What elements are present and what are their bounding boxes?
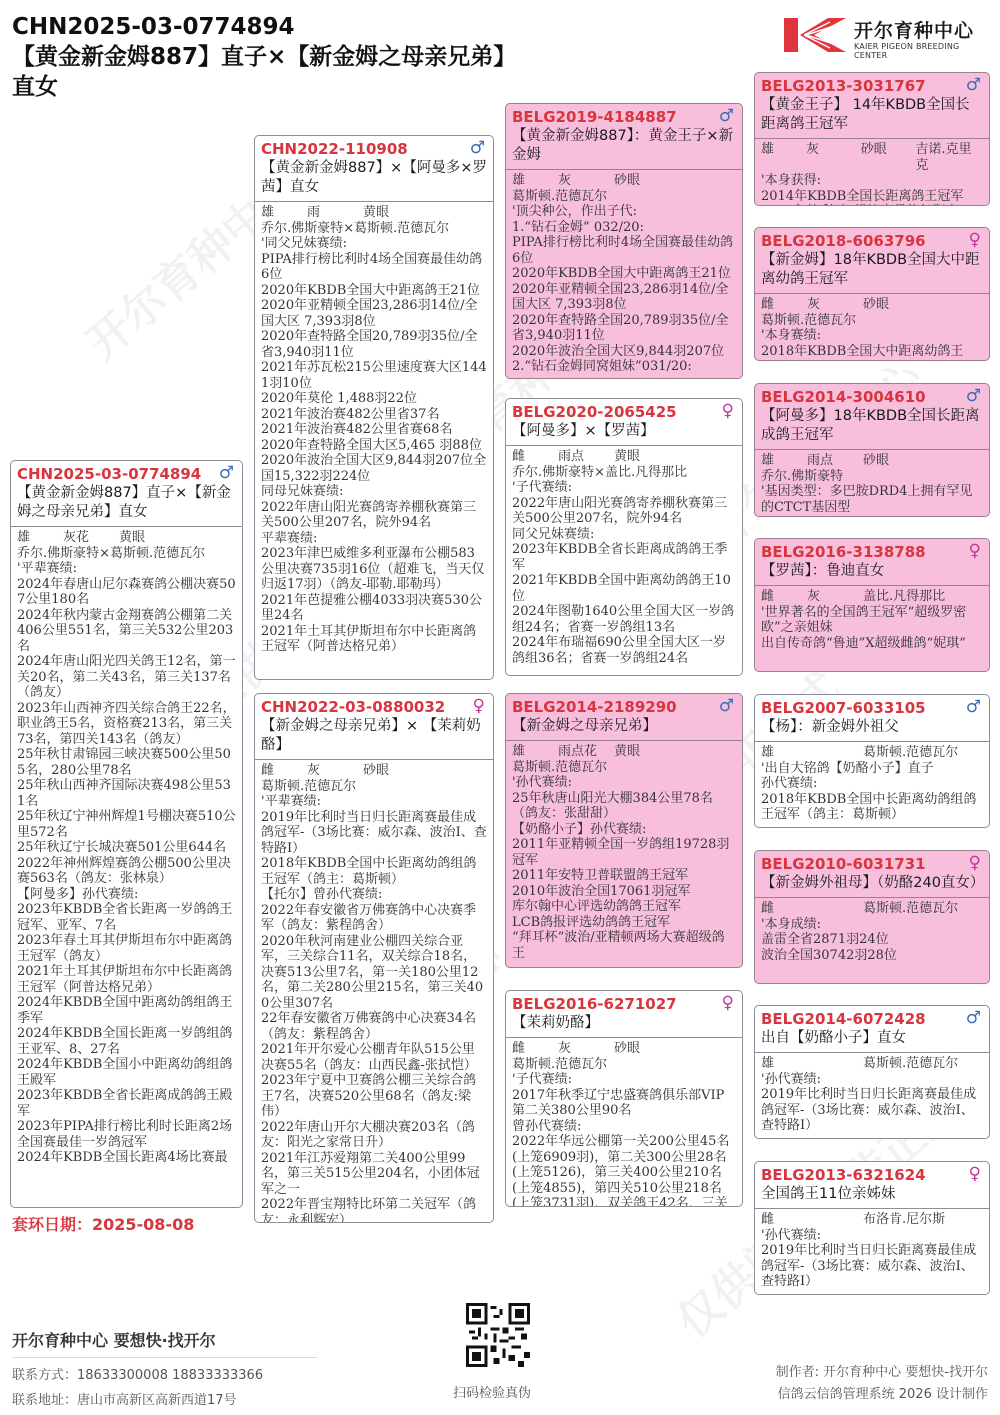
ring-number: BELG2007-6033105: [761, 698, 983, 718]
male-icon: ♂: [470, 138, 485, 158]
pigeon-name: 【杨】：新金姆外祖父: [761, 718, 983, 737]
ring-number: BELG2019-4184887: [512, 107, 736, 127]
record-line: 2024年唐山阳光四关鸽王12名，第一关20名，第二关43名，第三关137名（鸽…: [17, 654, 236, 701]
kaier-logo-icon: [784, 16, 846, 54]
sex-label: 雄: [512, 744, 558, 760]
color-label: 灰: [307, 763, 363, 779]
ring-number: BELG2014-6072428: [761, 1009, 983, 1029]
attributes: 雄 葛斯顿.范德瓦尔: [761, 1056, 983, 1072]
sex-label: 雌: [761, 589, 807, 605]
system-line: 信鸽云信鸽管理系统 2026 设计制作: [776, 1384, 988, 1406]
page-title: CHN2025-03-0774894 【黄金新金姆887】直子×【新金姆之母亲兄…: [12, 12, 512, 102]
color-label: 雨点: [807, 453, 863, 469]
card-header: BELG2020-2065425 ♀ 【阿曼多】×【罗茜】: [506, 399, 742, 446]
card-header: BELG2016-3138788 ♀ 【罗茜】：鲁迪直女: [755, 539, 989, 586]
record-line: 2022年晋宝翔特比环第二关冠军（鸽友：永利辉宏）: [261, 1197, 487, 1223]
record-line: '平辈赛绩:: [17, 561, 236, 577]
sex-label: 雌: [761, 901, 807, 917]
record-line: 2021年开尔爱心公棚青年队515公里决赛55名（鸽友：山西民鑫-张拭恺）: [261, 1042, 487, 1073]
ring-number: BELG2013-6321624: [761, 1165, 983, 1185]
eye-label: 砂眼: [614, 1041, 640, 1057]
pigeon-name: 【黄金新金姆887】直子×【新金姆之母亲兄弟】直女: [17, 484, 236, 522]
card-body: 雄 雨点 砂眼 乔尔.佛斯豪特'基因类型：多巴胺DRD4上拥有罕见的CTCT基因…: [755, 450, 989, 517]
logo-text-en: KAIER PIGEON BREEDING CENTER: [854, 42, 984, 60]
male-icon: ♂: [966, 697, 981, 717]
record-line: 葛斯顿.范德瓦尔: [512, 1057, 736, 1073]
record-line: 2021年江苏爱翔第二关400公里99名，第三关515公里204名，小团体冠军之…: [261, 1151, 487, 1198]
eye-label: 砂眼: [363, 763, 389, 779]
record-line: PIPA排行榜比利时4场全国赛最佳幼鸽6位: [512, 235, 736, 266]
color-label: 灰花: [63, 530, 119, 546]
record-line: 25年秋甘肃锦园三峡决赛500公里505名，280公里78名: [17, 747, 236, 778]
eye-label: 砂眼: [863, 453, 889, 469]
record-line: '出自大铭鸽【奶酪小子】直子: [761, 761, 983, 777]
record-line: 2018年KBDB全国中长距离幼鸽组鸽王冠军（鸽主：葛斯顿）: [261, 856, 487, 887]
color-label: [807, 1056, 863, 1072]
record-line: 波治全国30742羽28位: [761, 948, 983, 964]
pigeon-name: 出自【奶酪小子】直女: [761, 1029, 983, 1048]
pedigree-card-dam[interactable]: CHN2022-03-0880032 ♀ 【新金姆之母亲兄弟】× 【茉莉奶酪】 …: [254, 693, 494, 1223]
pigeon-name: 【新金姆之母亲兄弟】× 【茉莉奶酪】: [261, 717, 487, 755]
female-icon: ♀: [969, 1164, 981, 1184]
ring-number: CHN2022-03-0880032: [261, 697, 487, 717]
pedigree-card-sss[interactable]: BELG2013-3031767 ♂ 【黄金王子】 14年KBDB全国长距离鸽王…: [754, 72, 990, 206]
card-header: BELG2016-6271027 ♀ 【茉莉奶酪】: [506, 991, 742, 1038]
male-icon: ♂: [719, 106, 734, 126]
sex-label: 雄: [17, 530, 63, 546]
breeder-label: 布洛肯.尼尔斯: [863, 1212, 945, 1228]
record-line: 2021年土耳其伊斯坦布尔中长距离鸽王冠军（阿普达格兄弟）: [261, 624, 487, 655]
record-line: 2014年比利时3场比赛最佳长距离: [761, 204, 983, 206]
breeder-label: 葛斯顿.范德瓦尔: [863, 1056, 958, 1072]
record-line: 2017年秋季辽宁忠盛赛鸽俱乐部VIP第二关380公里90名: [512, 1088, 736, 1119]
card-body: 雄 葛斯顿.范德瓦尔 '孙代赛绩:2019年比利时当日归长距离赛最佳成鸽冠军-（…: [755, 1053, 989, 1137]
record-line: 平辈赛绩:: [261, 531, 487, 547]
pedigree-card-dds[interactable]: BELG2014-6072428 ♂ 出自【奶酪小子】直女 雄 葛斯顿.范德瓦尔…: [754, 1005, 990, 1139]
sex-label: 雄: [761, 142, 806, 173]
pigeon-name: 【黄金王子】 14年KBDB全国长距离鸽王冠军: [761, 96, 983, 134]
pedigree-card-subject[interactable]: CHN2025-03-0774894 ♂ 【黄金新金姆887】直子×【新金姆之母…: [10, 460, 243, 1208]
female-icon: ♀: [969, 541, 981, 561]
record-line: '子代赛绩:: [512, 1072, 736, 1088]
record-line: 2023年春土耳其伊斯坦布尔中距离鸽王冠军（鸽友）: [17, 933, 236, 964]
color-label: 雨: [307, 205, 363, 221]
record-line: 2019年比利时当日归长距离赛最佳成鸽冠军-（3场比赛：威尔森、波治I、查特路I…: [761, 1243, 983, 1290]
record-line: 葛斯顿.范德瓦尔: [261, 779, 487, 795]
record-line: 2023年KBDB全省长距离一岁鸽鸽王冠军、亚军、7名: [17, 902, 236, 933]
pigeon-name: 【茉莉奶酪】: [512, 1014, 736, 1033]
card-header: BELG2014-3004610 ♂ 【阿曼多】18年KBDB全国长距离成鸽王冠…: [755, 384, 989, 450]
male-icon: ♂: [719, 696, 734, 716]
female-icon: ♀: [969, 230, 981, 250]
record-line: 2022年华远公棚第一关200公里45名(上笼6909羽)，第二关300公里28…: [512, 1134, 736, 1207]
color-label: [807, 745, 863, 761]
attributes: 雄 雨 黄眼: [261, 205, 487, 221]
record-line: '世界著名的全国鸽王冠军“超级罗密欧”之亲姐妹: [761, 605, 983, 636]
record-line: 2020年KBDB全国大中距离鸽王21位: [261, 283, 487, 299]
record-line: 2023年宁夏中卫赛鸽公棚三关综合鸽王7名，决赛520公里68名（鸽友:梁伟）: [261, 1073, 487, 1120]
record-line: 2024年KBDB全国长距离一岁鸽组鸽王亚军、8、27名: [17, 1026, 236, 1057]
sex-label: 雌: [261, 763, 307, 779]
card-header: BELG2014-2189290 ♂ 【新金姆之母亲兄弟】: [506, 694, 742, 741]
pedigree-card-dsd[interactable]: BELG2010-6031731 ♀ 【新金姆外祖母】（奶酪240直女） 雌 葛…: [754, 850, 990, 984]
attributes: 雄 雨点花 黄眼: [512, 744, 736, 760]
ring-number: BELG2014-3004610: [761, 387, 983, 407]
record-line: 盖雷全省2871羽24位: [761, 932, 983, 948]
sex-label: 雄: [761, 1056, 807, 1072]
male-icon: ♂: [966, 1008, 981, 1028]
record-line: 2024年秋内蒙古金翔赛鸽公棚第二关406公里551名，第三关532公里203名: [17, 608, 236, 655]
card-body: 雌 灰 砂眼 葛斯顿.范德瓦尔'平辈赛绩:2019年比利时当日归长距离赛最佳成鸽…: [255, 760, 493, 1223]
color-label: 雨点: [558, 449, 614, 465]
record-line: 2.“钻石金姆同窝姐妹”031/20:: [512, 359, 736, 375]
color-label: 灰: [558, 1041, 614, 1057]
record-line: 2020年波治全国大区9,844羽207位: [512, 344, 736, 360]
card-header: BELG2019-4184887 ♂ 【黄金新金姆887】：黄金王子×新金姆: [506, 104, 742, 170]
record-line: 乔尔.佛斯豪特×葛斯顿.范德瓦尔: [17, 546, 236, 562]
record-line: '孙代赛绩:: [761, 1228, 983, 1244]
record-line: 2019年比利时当日归长距离赛最佳成鸽冠军-（3场比赛：威尔森、波治I、查特路I…: [761, 1087, 983, 1134]
card-header: CHN2022-110908 ♂ 【黄金新金姆887】×【阿曼多×罗茜】直女: [255, 136, 493, 202]
card-body: 雌 灰 砂眼 葛斯顿.范德瓦尔'子代赛绩:2017年秋季辽宁忠盛赛鸽俱乐部VIP…: [506, 1038, 742, 1207]
sex-label: 雄: [761, 745, 807, 761]
card-body: 雄 灰花 黄眼 乔尔.佛斯豪特×葛斯顿.范德瓦尔'平辈赛绩:2024年春唐山尼尔…: [11, 527, 242, 1169]
eye-label: 黄眼: [363, 205, 389, 221]
pedigree-card-ddd[interactable]: BELG2013-6321624 ♀ 全国鸽王11位亲姊妹 雌 布洛肯.尼尔斯 …: [754, 1161, 990, 1295]
record-line: PIPA排行榜比利时4场全国赛最佳幼鸽6位: [261, 252, 487, 283]
record-line: 2024年KBDB全国小中距离幼鸽组鸽王殿军: [17, 1057, 236, 1088]
record-line: 2020年查特路全国20,789羽35位/全省3,940羽11位: [512, 313, 736, 344]
record-line: 【托尔】曾孙代赛绩:: [261, 887, 487, 903]
attributes: 雌 布洛肯.尼尔斯: [761, 1212, 983, 1228]
card-header: BELG2014-6072428 ♂ 出自【奶酪小子】直女: [755, 1006, 989, 1053]
male-icon: ♂: [966, 75, 981, 95]
record-line: '子代赛绩:: [512, 480, 736, 496]
pigeon-name: 【阿曼多】×【罗茜】: [512, 422, 736, 441]
ring-number: BELG2010-6031731: [761, 854, 983, 874]
pigeon-name: 【阿曼多】18年KBDB全国长距离成鸽王冠军: [761, 407, 983, 445]
color-label: [807, 1212, 863, 1228]
record-line: 2021年波治赛482公里省37名: [261, 407, 487, 423]
attributes: 雄 灰花 黄眼: [17, 530, 236, 546]
pigeon-name: 【黄金新金姆887】：黄金王子×新金姆: [512, 127, 736, 165]
sex-label: 雄: [261, 205, 307, 221]
pedigree-card-sire[interactable]: CHN2022-110908 ♂ 【黄金新金姆887】×【阿曼多×罗茜】直女 雄…: [254, 135, 494, 680]
record-line: 2024年春唐山尼尔森赛鸽公棚决赛507公里180名: [17, 577, 236, 608]
pedigree-card-dd[interactable]: BELG2016-6271027 ♀ 【茉莉奶酪】 雌 灰 砂眼 葛斯顿.范德瓦…: [505, 990, 743, 1207]
record-line: 2011年安特卫普联盟鸽王冠军: [512, 868, 736, 884]
footer-brand: 开尔育种中心 要想快·找开尔: [12, 1328, 317, 1358]
record-line: LCB鸽报评选幼鸽鸽王冠军: [512, 915, 736, 931]
record-line: 2023年KBDB全省长距离成鸽鸽王殿军: [17, 1088, 236, 1119]
record-line: 葛斯顿.范德瓦尔: [761, 313, 983, 329]
color-label: [807, 901, 863, 917]
breeder-label: 吉诺.克里克: [915, 142, 983, 173]
record-line: 25年秋唐山阳光大棚384公里78名（鸽友：张甜甜）: [512, 791, 736, 822]
card-header: BELG2013-6321624 ♀ 全国鸽王11位亲姊妹: [755, 1162, 989, 1209]
color-label: 雨点花: [558, 744, 614, 760]
record-line: 2022年神州辉煌赛鸽公棚500公里决赛563名（鸽友：张林泉）: [17, 856, 236, 887]
card-body: 雄 灰 砂眼 葛斯顿.范德瓦尔'顶尖种公，作出子代:1.“钻石金姆” 032/2…: [506, 170, 742, 378]
record-line: 出自传奇鸽“鲁迪”X超级雌鸽“妮琪”: [761, 636, 983, 652]
record-line: '本身获得:: [761, 173, 983, 189]
logo-text-cn: 开尔育种中心: [854, 16, 974, 43]
attributes: 雄 葛斯顿.范德瓦尔: [761, 745, 983, 761]
ring-date: 套环日期：2025-08-08: [12, 1212, 194, 1235]
footer-contact: 开尔育种中心 要想快·找开尔 联系方式：18633300008 18833333…: [12, 1328, 312, 1408]
record-line: 葛斯顿.范德瓦尔: [512, 189, 736, 205]
brand-logo: 开尔育种中心 KAIER PIGEON BREEDING CENTER: [784, 14, 984, 58]
record-line: 2024年图勒1640公里全国大区一岁鸽组24名；省赛一岁鸽组13名: [512, 604, 736, 635]
ring-number: BELG2013-3031767: [761, 76, 983, 96]
record-line: 2020年亚精顿全国23,286羽14位/全国大区 7,393羽8位: [512, 282, 736, 313]
pigeon-name: 【新金姆】18年KBDB全国大中距离幼鸽王冠军: [761, 251, 983, 289]
record-line: 2021年KBDB全国中距离幼鸽鸽王10位: [512, 573, 736, 604]
card-body: 雌 葛斯顿.范德瓦尔 '本身成绩:盖雷全省2871羽24位波治全国30742羽2…: [755, 898, 989, 966]
attributes: 雌 灰 砂眼: [761, 297, 983, 313]
record-line: 2010年波治全国17061羽冠军: [512, 884, 736, 900]
record-line: 2021年波治赛482公里省赛68名: [261, 422, 487, 438]
card-body: 雌 雨点 黄眼 乔尔.佛斯豪特×盖比.凡得那比'子代赛绩:2022年唐山阳光赛鸽…: [506, 446, 742, 669]
color-label: 灰: [807, 589, 863, 605]
female-icon: ♀: [473, 696, 485, 716]
card-body: 雌 布洛肯.尼尔斯 '孙代赛绩:2019年比利时当日归长距离赛最佳成鸽冠军-（3…: [755, 1209, 989, 1293]
sex-label: 雄: [512, 173, 558, 189]
pedigree-card-ssd[interactable]: BELG2018-6063796 ♀ 【新金姆】18年KBDB全国大中距离幼鸽王…: [754, 227, 990, 361]
pigeon-name: 【黄金新金姆887】×【阿曼多×罗茜】直女: [261, 159, 487, 197]
record-line: 2022年唐山阳光赛鸽寄养棚秋赛第三关500公里207名，院外94名: [512, 496, 736, 527]
pigeon-name: 全国鸽王11位亲姊妹: [761, 1185, 983, 1204]
record-line: '孙代赛绩:: [512, 775, 736, 791]
attributes: 雄 雨点 砂眼: [761, 453, 983, 469]
card-body: 雄 雨点花 黄眼 葛斯顿.范德瓦尔'孙代赛绩:25年秋唐山阳光大棚384公里78…: [506, 741, 742, 964]
card-body: 雄 葛斯顿.范德瓦尔 '出自大铭鸽【奶酪小子】直子孙代赛绩:2018年KBDB全…: [755, 742, 989, 826]
pedigree-card-sds[interactable]: BELG2014-3004610 ♂ 【阿曼多】18年KBDB全国长距离成鸽王冠…: [754, 383, 990, 517]
sex-label: 雌: [512, 1041, 558, 1057]
ring-number: BELG2016-3138788: [761, 542, 983, 562]
record-line: '孙代赛绩:: [761, 1072, 983, 1088]
color-label: 灰: [806, 142, 861, 173]
record-line: 2022年春安徽省万佛赛鸽中心决赛季军（鸽友：紫程鸽舍）: [261, 903, 487, 934]
ring-number: BELG2016-6271027: [512, 994, 736, 1014]
record-line: 同父兄妹赛绩:: [512, 527, 736, 543]
eye-label: 黄眼: [614, 744, 640, 760]
sex-label: 雌: [761, 1212, 807, 1228]
card-body: 雌 灰 盖比.凡得那比 '世界著名的全国鸽王冠军“超级罗密欧”之亲姐妹出自传奇鸽…: [755, 586, 989, 654]
record-line: 乔尔.佛斯豪特: [761, 469, 983, 485]
pedigree-card-sd[interactable]: BELG2020-2065425 ♀ 【阿曼多】×【罗茜】 雌 雨点 黄眼 乔尔…: [505, 398, 743, 676]
female-icon: ♀: [722, 401, 734, 421]
attributes: 雌 灰 盖比.凡得那比: [761, 589, 983, 605]
record-line: 2021年苏瓦松215公里速度赛大区1441羽10位: [261, 360, 487, 391]
contact-address: 联系地址：唐山市高新区高新西道17号: [12, 1389, 312, 1408]
record-line: 2020年亚精顿全国23,286羽14位/全国大区 7,393羽8位: [261, 298, 487, 329]
card-body: 雄 雨 黄眼 乔尔.佛斯豪特×葛斯顿.范德瓦尔'同父兄妹赛绩:PIPA排行榜比利…: [255, 202, 493, 658]
record-line: 22年春安徽省万佛赛鸽中心决赛34名（鸽友：紫程鸽舍）: [261, 1011, 487, 1042]
attributes: 雌 雨点 黄眼: [512, 449, 736, 465]
record-line: 2023年PIPA排行榜比利时长距离2场全国赛最佳一岁鸽冠军: [17, 1119, 236, 1150]
attributes: 雄 灰 砂眼: [512, 173, 736, 189]
eye-label: 砂眼: [863, 297, 889, 313]
record-line: 1.“钻石金姆” 032/20:: [512, 220, 736, 236]
eye-label: 砂眼: [861, 142, 916, 173]
contact-phone: 联系方式：18633300008 18833333366: [12, 1364, 312, 1383]
record-line: 库尔翰中心评选幼鸽鸽王冠军: [512, 899, 736, 915]
card-header: CHN2025-03-0774894 ♂ 【黄金新金姆887】直子×【新金姆之母…: [11, 461, 242, 527]
breeder-label: 盖比.凡得那比: [863, 589, 945, 605]
record-line: 2023年山西神齐四关综合鸽王22名，职业鸽王5名，资格赛213名，第三关73名…: [17, 701, 236, 748]
card-header: BELG2007-6033105 ♂ 【杨】：新金姆外祖父: [755, 695, 989, 742]
eye-label: 砂眼: [614, 173, 640, 189]
pedigree-card-ss[interactable]: BELG2019-4184887 ♂ 【黄金新金姆887】：黄金王子×新金姆 雄…: [505, 103, 743, 379]
record-line: 2024年KBDB全国长距离4场比赛最: [17, 1150, 236, 1166]
record-line: '本身赛绩:: [761, 328, 983, 344]
pedigree-card-sdd[interactable]: BELG2016-3138788 ♀ 【罗茜】：鲁迪直女 雌 灰 盖比.凡得那比…: [754, 538, 990, 672]
eye-label: 黄眼: [614, 449, 640, 465]
attributes: 雌 灰 砂眼: [261, 763, 487, 779]
color-label: 灰: [807, 297, 863, 313]
record-line: 乔尔.佛斯豪特×盖比.凡得那比: [512, 465, 736, 481]
title-name: 【黄金新金姆887】直子×【新金姆之母亲兄弟】直女: [12, 42, 512, 102]
card-body: 雄 灰 砂眼 吉诺.克里克 '本身获得:2014年KBDB全国长距离鸽王冠军20…: [755, 139, 989, 206]
pedigree-card-dss[interactable]: BELG2007-6033105 ♂ 【杨】：新金姆外祖父 雄 葛斯顿.范德瓦尔…: [754, 694, 990, 828]
sex-label: 雌: [761, 297, 807, 313]
female-icon: ♀: [722, 993, 734, 1013]
record-line: “拜耳杯”波治/亚精顿两场大赛超级鸽王: [512, 930, 736, 961]
record-line: 2011年亚精顿全国一岁鸽组19728羽冠军: [512, 837, 736, 868]
sex-label: 雌: [512, 449, 558, 465]
record-line: 2020年查特路全国20,789羽35位/全省3,940羽11位: [261, 329, 487, 360]
record-line: 2024年KBDB全国中距离幼鸽组鸽王季军: [17, 995, 236, 1026]
maker-line: 制作者: 开尔育种中心 要想快-找开尔: [776, 1362, 988, 1384]
record-line: 2021年土耳其伊斯坦布尔中长距离鸽王冠军（阿普达格兄弟）: [17, 964, 236, 995]
record-line: 【阿曼多】孙代赛绩:: [17, 887, 236, 903]
record-line: 2024年布瑞福690公里全国大区一岁鸽组36名；省赛一岁鸽组24名: [512, 635, 736, 666]
attributes: 雌 灰 砂眼: [512, 1041, 736, 1057]
record-line: 2018年KBDB全国中长距离幼鸽组鸽王冠军（鸽主：葛斯顿）: [761, 792, 983, 823]
male-icon: ♂: [966, 386, 981, 406]
ring-number: BELG2020-2065425: [512, 402, 736, 422]
record-line: 2020年KBDB全国大中距离鸽王21位: [512, 266, 736, 282]
record-line: '同父兄妹赛绩:: [261, 236, 487, 252]
ring-number: BELG2018-6063796: [761, 231, 983, 251]
record-line: 2020年波治全国大区9,844羽207位全国15,322羽224位: [261, 453, 487, 484]
record-line: 2020年莫伦 1,488羽22位: [261, 391, 487, 407]
card-header: CHN2022-03-0880032 ♀ 【新金姆之母亲兄弟】× 【茉莉奶酪】: [255, 694, 493, 760]
breeder-label: 葛斯顿.范德瓦尔: [863, 901, 958, 917]
record-line: 2018年KBDB全国大中距离幼鸽王: [761, 344, 983, 360]
pigeon-name: 【新金姆外祖母】（奶酪240直女）: [761, 874, 983, 893]
pedigree-card-ds[interactable]: BELG2014-2189290 ♂ 【新金姆之母亲兄弟】 雄 雨点花 黄眼 葛…: [505, 693, 743, 968]
record-line: 25年秋辽宁长城决赛501公里644名: [17, 840, 236, 856]
record-line: 2023年KBDB全省长距离成鸽鸽王季军: [512, 542, 736, 573]
qr-code-icon[interactable]: [466, 1303, 530, 1367]
record-line: 25年秋辽宁神州辉煌1号棚决赛510公里572名: [17, 809, 236, 840]
attributes: 雌 葛斯顿.范德瓦尔: [761, 901, 983, 917]
record-line: 2014年KBDB全国长距离鸽王冠军: [761, 189, 983, 205]
record-line: '基因类型：多巴胺DRD4上拥有罕见的CTCT基因型: [761, 484, 983, 515]
record-line: 25年秋山西神齐国际决赛498公里531名: [17, 778, 236, 809]
record-line: 孙代赛绩:: [761, 776, 983, 792]
color-label: 灰: [558, 173, 614, 189]
record-line: 2022年唐山阳光赛鸽寄养棚秋赛第三关500公里207名，院外94名: [261, 500, 487, 531]
title-ring: CHN2025-03-0774894: [12, 12, 512, 42]
record-line: 2020年查特路全国大区5,465 羽88位: [261, 438, 487, 454]
record-line: '本身成绩:: [761, 917, 983, 933]
record-line: 【奶酪小子】孙代赛绩:: [512, 822, 736, 838]
record-line: 2020年秋河南建业公棚四关综合亚军，三关综合11名，双关综合18名，决赛513…: [261, 934, 487, 1012]
record-line: 2021年芭提雅公棚4033羽决赛530公里24名: [261, 593, 487, 624]
ring-number: CHN2022-110908: [261, 139, 487, 159]
qr-label: 扫码检验真伪: [453, 1382, 531, 1401]
record-line: 2019年比利时当日归长距离赛最佳成鸽冠军-（3场比赛：威尔森、波治I、查特路I…: [261, 810, 487, 857]
attributes: 雄 灰 砂眼 吉诺.克里克: [761, 142, 983, 173]
record-line: 曾孙代赛绩:: [512, 1119, 736, 1135]
female-icon: ♀: [969, 853, 981, 873]
pigeon-name: 【罗茜】：鲁迪直女: [761, 562, 983, 581]
record-line: 葛斯顿.范德瓦尔: [512, 760, 736, 776]
footer-credits: 制作者: 开尔育种中心 要想快-找开尔 信鸽云信鸽管理系统 2026 设计制作: [776, 1362, 988, 1406]
record-line: 2023年津巴威维多利亚瀑布公棚583公里决赛735羽16位（超难飞，当天仅归返…: [261, 546, 487, 593]
sex-label: 雄: [761, 453, 807, 469]
card-header: BELG2010-6031731 ♀ 【新金姆外祖母】（奶酪240直女）: [755, 851, 989, 898]
eye-label: 黄眼: [119, 530, 145, 546]
record-line: '顶尖种公，作出子代:: [512, 204, 736, 220]
record-line: '平辈赛绩:: [261, 794, 487, 810]
card-header: BELG2013-3031767 ♂ 【黄金王子】 14年KBDB全国长距离鸽王…: [755, 73, 989, 139]
breeder-label: 葛斯顿.范德瓦尔: [863, 745, 958, 761]
record-line: 同母兄妹赛绩:: [261, 484, 487, 500]
card-body: 雌 灰 砂眼 葛斯顿.范德瓦尔'本身赛绩:2018年KBDB全国大中距离幼鸽王: [755, 294, 989, 361]
male-icon: ♂: [219, 463, 234, 483]
record-line: 2022年唐山开尔大棚决赛203名（鸽友：阳光之家常日升）: [261, 1120, 487, 1151]
ring-number: BELG2014-2189290: [512, 697, 736, 717]
ring-number: CHN2025-03-0774894: [17, 464, 236, 484]
pigeon-name: 【新金姆之母亲兄弟】: [512, 717, 736, 736]
card-header: BELG2018-6063796 ♀ 【新金姆】18年KBDB全国大中距离幼鸽王…: [755, 228, 989, 294]
record-line: 乔尔.佛斯豪特×葛斯顿.范德瓦尔: [261, 221, 487, 237]
